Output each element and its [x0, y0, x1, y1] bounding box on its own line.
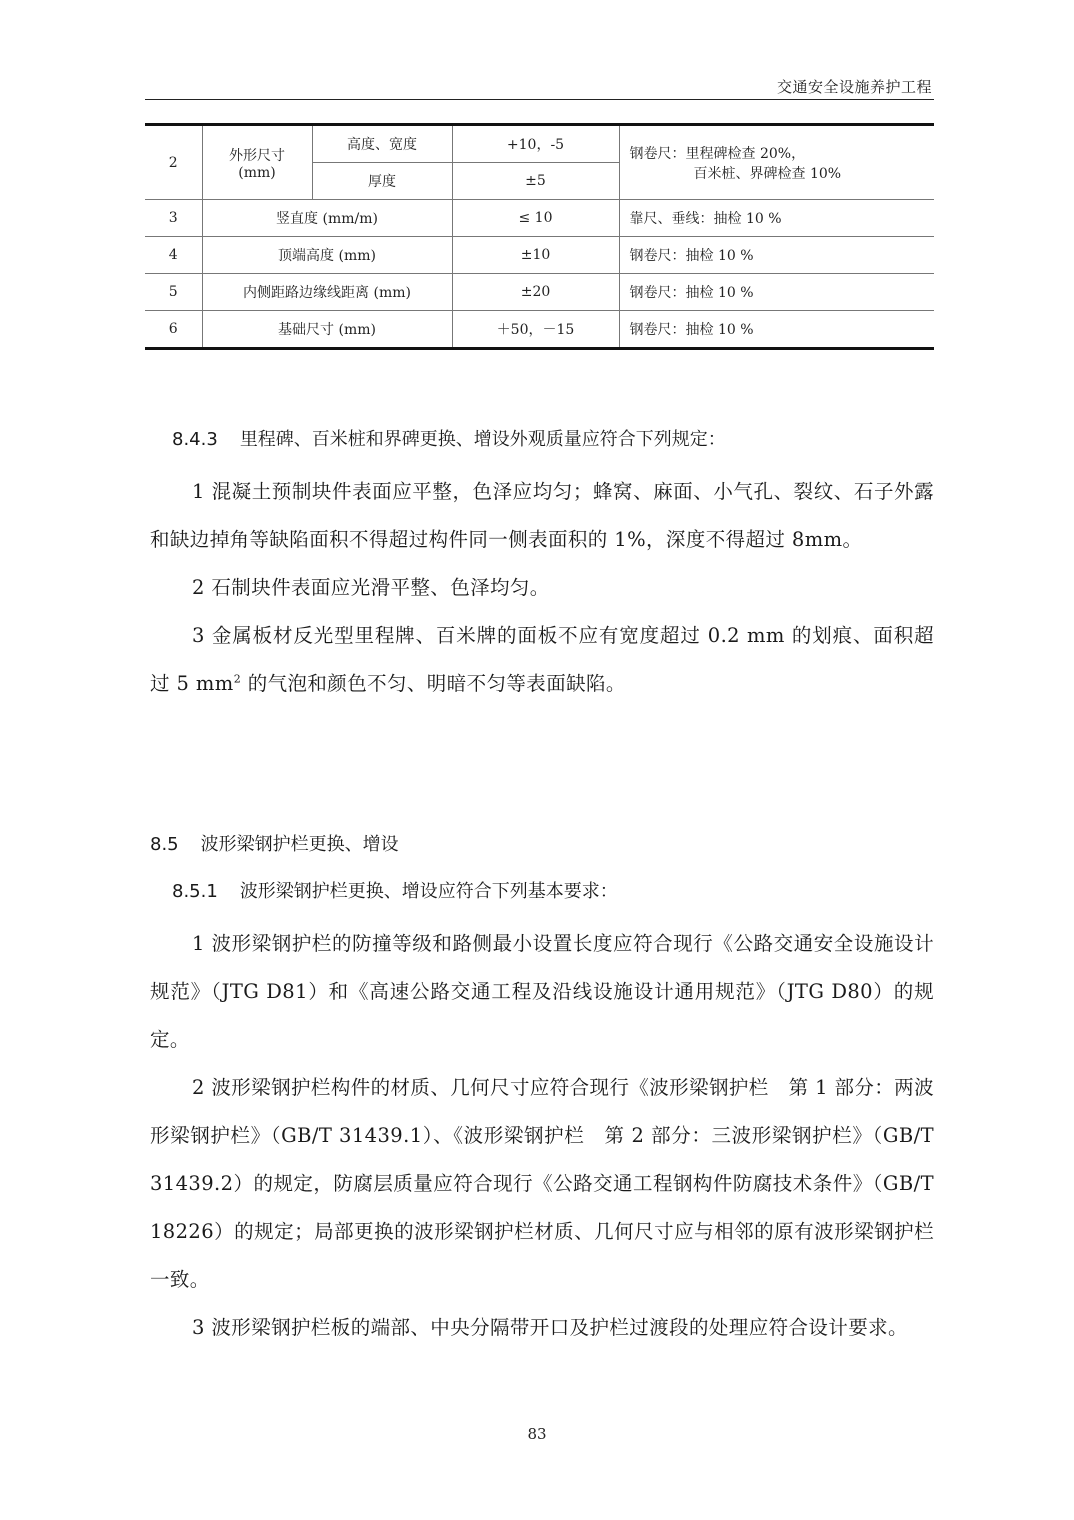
item-name: 顶端高度 (mm)	[202, 237, 452, 274]
superscript: 2	[234, 673, 241, 686]
section-8-5: 8.5波形梁钢护栏更换、增设 8.5.1波形梁钢护栏更换、增设应符合下列基本要求…	[150, 831, 934, 1352]
paragraph-text: 的气泡和颜色不匀、明暗不匀等表面缺陷。	[241, 672, 626, 695]
table-row: 6 基础尺寸 (mm) ＋50，－15 钢卷尺：抽检 10 %	[145, 311, 934, 349]
inspection-table: 2 外形尺寸 (mm) 高度、宽度 +10，-5 钢卷尺：里程碑检查 20%， …	[145, 123, 934, 350]
paragraph: 3 波形梁钢护栏板的端部、中央分隔带开口及护栏过渡段的处理应符合设计要求。	[150, 1304, 934, 1352]
row-number: 2	[145, 125, 202, 200]
item-label: 外形尺寸	[229, 148, 285, 164]
method-line-1: 钢卷尺：里程碑检查 20%，	[630, 146, 806, 162]
clause-title: 波形梁钢护栏更换、增设应符合下列基本要求：	[240, 881, 618, 902]
tolerance: ±5	[452, 163, 619, 200]
tolerance: ±10	[452, 237, 619, 274]
clause-heading: 8.5.1波形梁钢护栏更换、增设应符合下列基本要求：	[150, 878, 934, 906]
clause-8-4-3: 8.4.3里程碑、百米桩和界碑更换、增设外观质量应符合下列规定： 1 混凝土预制…	[150, 426, 934, 708]
section-number: 8.5	[150, 834, 179, 855]
tolerance: ≤ 10	[452, 200, 619, 237]
table-row: 2 外形尺寸 (mm) 高度、宽度 +10，-5 钢卷尺：里程碑检查 20%， …	[145, 125, 934, 163]
item-name: 基础尺寸 (mm)	[202, 311, 452, 349]
paragraph: 1 混凝土预制块件表面应平整，色泽应均匀；蜂窝、麻面、小气孔、裂纹、石子外露和缺…	[150, 468, 934, 564]
item-name: 竖直度 (mm/m)	[202, 200, 452, 237]
clause-number: 8.5.1	[172, 881, 218, 902]
running-header-title: 交通安全设施养护工程	[777, 76, 932, 97]
tolerance: +10，-5	[452, 125, 619, 163]
item-name: 外形尺寸 (mm)	[202, 125, 312, 200]
sub-item: 高度、宽度	[312, 125, 452, 163]
item-unit: (mm)	[238, 165, 275, 181]
inspection-method: 钢卷尺：抽检 10 %	[619, 237, 934, 274]
inspection-method: 钢卷尺：抽检 10 %	[619, 311, 934, 349]
table-row: 3 竖直度 (mm/m) ≤ 10 靠尺、垂线：抽检 10 %	[145, 200, 934, 237]
running-header: 交通安全设施养护工程	[145, 74, 934, 100]
item-name: 内侧距路边缘线距离 (mm)	[202, 274, 452, 311]
inspection-method: 靠尺、垂线：抽检 10 %	[619, 200, 934, 237]
paragraph: 2 波形梁钢护栏构件的材质、几何尺寸应符合现行《波形梁钢护栏 第 1 部分：两波…	[150, 1064, 934, 1304]
row-number: 4	[145, 237, 202, 274]
sub-item: 厚度	[312, 163, 452, 200]
tolerance: ±20	[452, 274, 619, 311]
paragraph: 3 金属板材反光型里程牌、百米牌的面板不应有宽度超过 0.2 mm 的划痕、面积…	[150, 612, 934, 708]
row-number: 3	[145, 200, 202, 237]
method-line-2: 百米桩、界碑检查 10%	[630, 163, 935, 183]
section-title: 波形梁钢护栏更换、增设	[201, 834, 399, 855]
clause-title: 里程碑、百米桩和界碑更换、增设外观质量应符合下列规定：	[240, 429, 726, 450]
table-row: 4 顶端高度 (mm) ±10 钢卷尺：抽检 10 %	[145, 237, 934, 274]
inspection-method: 钢卷尺：里程碑检查 20%， 百米桩、界碑检查 10%	[619, 125, 934, 200]
row-number: 5	[145, 274, 202, 311]
paragraph: 1 波形梁钢护栏的防撞等级和路侧最小设置长度应符合现行《公路交通安全设施设计规范…	[150, 920, 934, 1064]
paragraph: 2 石制块件表面应光滑平整、色泽均匀。	[150, 564, 934, 612]
clause-heading: 8.4.3里程碑、百米桩和界碑更换、增设外观质量应符合下列规定：	[150, 426, 934, 454]
tolerance: ＋50，－15	[452, 311, 619, 349]
table-row: 5 内侧距路边缘线距离 (mm) ±20 钢卷尺：抽检 10 %	[145, 274, 934, 311]
section-heading: 8.5波形梁钢护栏更换、增设	[150, 831, 934, 859]
inspection-method: 钢卷尺：抽检 10 %	[619, 274, 934, 311]
row-number: 6	[145, 311, 202, 349]
clause-number: 8.4.3	[172, 429, 218, 450]
page-number: 83	[0, 1425, 1074, 1443]
